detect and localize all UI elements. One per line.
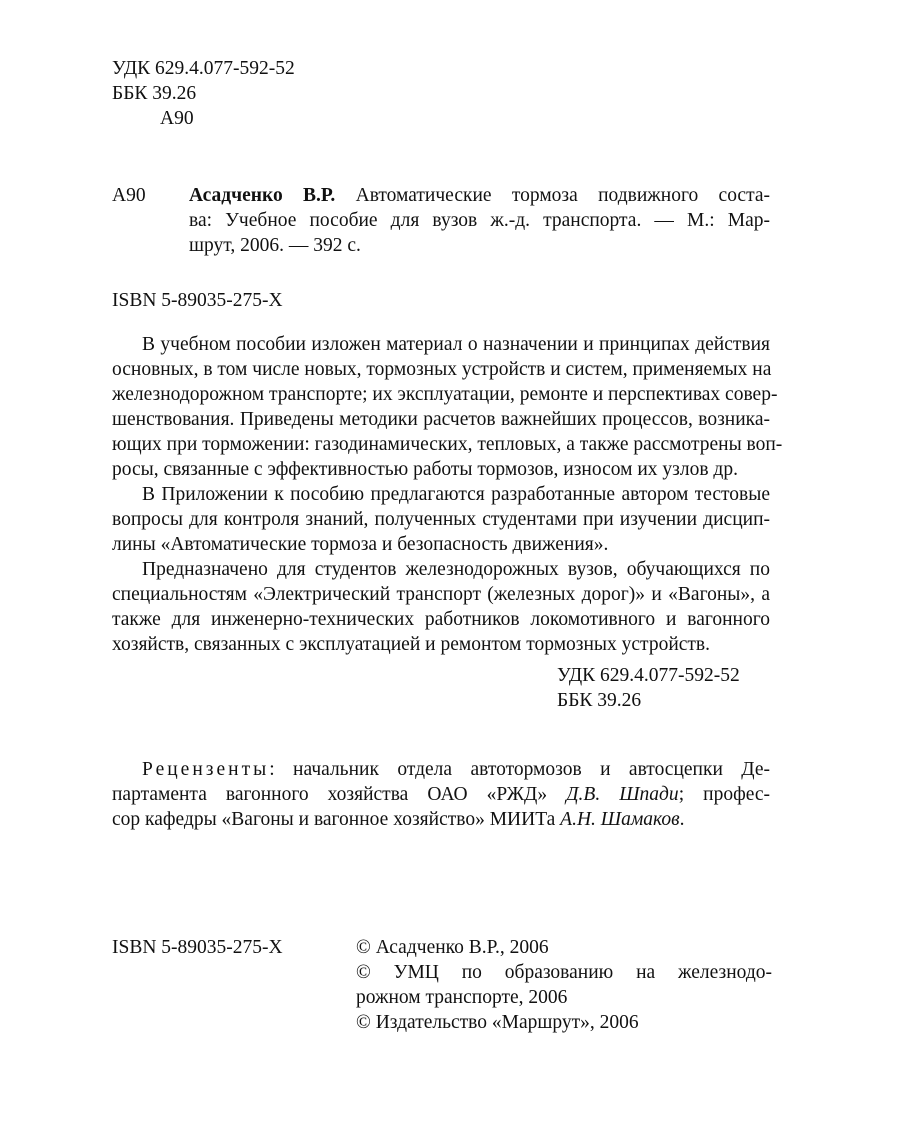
abstract-paragraph: Предназначено для студентов железнодорож… <box>112 557 770 657</box>
copyright-line: © Асадченко В.Р., 2006 <box>356 935 772 960</box>
reviewers-label: Рецензенты <box>142 759 269 780</box>
text-line: ющих при торможении: газодинамических, т… <box>112 432 770 457</box>
text-line: лины «Автоматические тормоза и безопасно… <box>112 532 770 557</box>
biblio-line-1: Асадченко В.Р. Автоматические тормоза по… <box>189 183 770 208</box>
reviewers-line-1: Рецензенты: начальник отдела автотормозо… <box>112 757 770 782</box>
reviewers-line-2: партамента вагонного хозяйства ОАО «РЖД»… <box>112 782 770 807</box>
text-line: специальностям «Электрический транспорт … <box>112 582 770 607</box>
text-line: вопросы для контроля знаний, полученных … <box>112 507 770 532</box>
abstract-paragraph: В учебном пособии изложен материал о наз… <box>112 332 770 482</box>
udk-code: УДК 629.4.077-592-52 <box>557 663 740 688</box>
copyright-line: рожном транспорте, 2006 <box>356 985 772 1010</box>
udk-code: УДК 629.4.077-592-52 <box>112 56 295 81</box>
reviewer-name: Д.В. Шпади <box>566 784 679 805</box>
reviewers-block: Рецензенты: начальник отдела автотормозо… <box>112 757 770 832</box>
text-line: также для инженерно-технических работник… <box>112 607 770 632</box>
abstract-paragraph: В Приложении к пособию предлагаются разр… <box>112 482 770 557</box>
reviewer-name: А.Н. Шамаков <box>560 809 680 830</box>
text-line: железнодорожном транспорте; их эксплуата… <box>112 382 770 407</box>
classification-block: УДК 629.4.077-592-52 ББК 39.26 А90 <box>112 56 295 131</box>
text-line: В учебном пособии изложен материал о наз… <box>112 332 770 357</box>
abstract: В учебном пособии изложен материал о наз… <box>112 332 770 657</box>
biblio-line-2: ва: Учебное пособие для вузов ж.-д. тран… <box>189 208 770 233</box>
author-mark-code: А90 <box>112 183 146 208</box>
author-mark: А90 <box>112 106 295 131</box>
text-line: шенствования. Приведены методики расчето… <box>112 407 770 432</box>
isbn: ISBN 5-89035-275-X <box>112 288 283 313</box>
bbk-code: ББК 39.26 <box>557 688 740 713</box>
author-name: Асадченко В.Р. <box>189 185 335 206</box>
bbk-code: ББК 39.26 <box>112 81 295 106</box>
text-line: Предназначено для студентов железнодорож… <box>112 557 770 582</box>
text-line: В Приложении к пособию предлагаются разр… <box>112 482 770 507</box>
classification-repeat: УДК 629.4.077-592-52 ББК 39.26 <box>557 663 740 713</box>
text-line: основных, в том числе новых, тормозных у… <box>112 357 770 382</box>
copyright-line: © Издательство «Маршрут», 2006 <box>356 1010 772 1035</box>
copyright-line: © УМЦ по образованию на железнодо- <box>356 960 772 985</box>
text-line: хозяйств, связанных с эксплуатацией и ре… <box>112 632 770 657</box>
text-line: росы, связанные с эффективностью работы … <box>112 457 770 482</box>
biblio-line-3: шрут, 2006. — 392 с. <box>189 233 770 258</box>
isbn-bottom: ISBN 5-89035-275-X <box>112 935 283 960</box>
copyright-notices: © Асадченко В.Р., 2006 © УМЦ по образова… <box>356 935 772 1035</box>
reviewers-line-3: сор кафедры «Вагоны и вагонное хозяйство… <box>112 807 770 832</box>
